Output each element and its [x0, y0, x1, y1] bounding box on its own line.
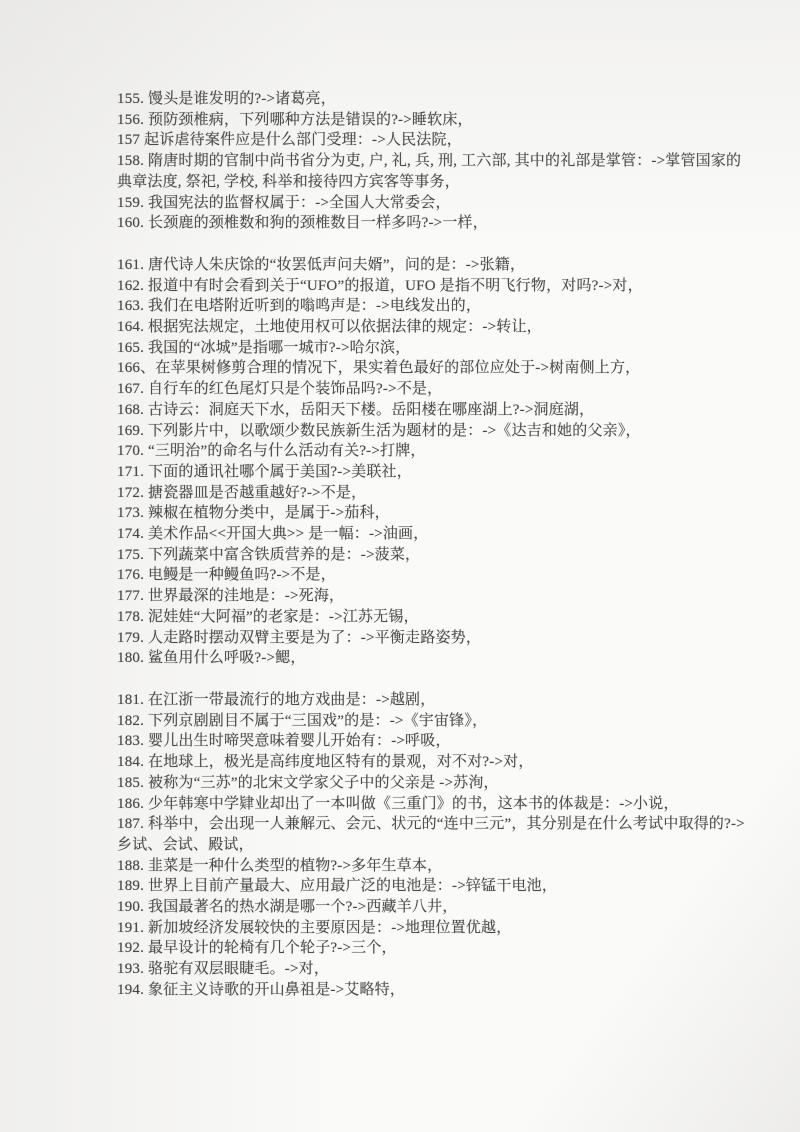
- quiz-line: 188. 韭菜是一种什么类型的植物?->多年生草本，: [117, 856, 751, 877]
- quiz-line: 187. 科举中，会出现一人兼解元、会元、状元的“连中三元”，其分别是在什么考试…: [117, 814, 751, 855]
- quiz-line: 183. 婴儿出生时啼哭意味着婴儿开始有：->呼吸，: [117, 731, 751, 752]
- quiz-line: 182. 下列京剧剧目不属于“三国戏”的是：->《宇宙锋》，: [117, 711, 751, 732]
- quiz-line: 167. 自行车的红色尾灯只是个装饰品吗?->不是，: [117, 379, 751, 400]
- quiz-line: 162. 报道中有时会看到关于“UFO”的报道，UFO 是指不明飞行物，对吗?-…: [117, 276, 751, 297]
- quiz-group-3: 181. 在江浙一带最流行的地方戏曲是：->越剧，182. 下列京剧剧目不属于“…: [117, 690, 751, 1001]
- quiz-line: 177. 世界最深的洼地是：->死海，: [117, 586, 751, 607]
- quiz-line: 176. 电鳗是一种鳗鱼吗?->不是，: [117, 565, 751, 586]
- quiz-line: 191. 新加坡经济发展较快的主要原因是：->地理位置优越，: [117, 918, 751, 939]
- quiz-line: 161. 唐代诗人朱庆馀的“妆罢低声问夫婿”，问的是：->张籍，: [117, 255, 751, 276]
- quiz-line: 192. 最早设计的轮椅有几个轮子?->三个，: [117, 938, 751, 959]
- quiz-line: 169. 下列影片中，以歌颂少数民族新生活为题材的是：->《达吉和她的父亲》，: [117, 421, 751, 442]
- quiz-list: 155. 馒头是谁发明的?->诸葛亮，156. 预防颈椎病，下列哪种方法是错误的…: [117, 89, 751, 1001]
- quiz-line: 193. 骆驼有双层眼睫毛。->对，: [117, 959, 751, 980]
- quiz-line: 173. 辣椒在植物分类中，是属于->茄科，: [117, 503, 751, 524]
- quiz-line: 189. 世界上目前产量最大、应用最广泛的电池是：->锌锰干电池，: [117, 876, 751, 897]
- quiz-line: 156. 预防颈椎病，下列哪种方法是错误的?->睡软床，: [117, 110, 751, 131]
- quiz-line: 175. 下列蔬菜中富含铁质营养的是：->菠菜，: [117, 545, 751, 566]
- quiz-line: 159. 我国宪法的监督权属于：->全国人大常委会，: [117, 193, 751, 214]
- quiz-line: 165. 我国的“冰城”是指哪一城市?->哈尔滨，: [117, 338, 751, 359]
- quiz-line: 155. 馒头是谁发明的?->诸葛亮，: [117, 89, 751, 110]
- quiz-line: 164. 根据宪法规定，土地使用权可以依据法律的规定：->转让，: [117, 317, 751, 338]
- quiz-line: 158. 隋唐时期的官制中尚书省分为吏, 户, 礼, 兵, 刑, 工六部, 其中…: [117, 151, 751, 192]
- quiz-line: 190. 我国最著名的热水湖是哪一个?->西藏羊八井，: [117, 897, 751, 918]
- scanned-page: 155. 馒头是谁发明的?->诸葛亮，156. 预防颈椎病，下列哪种方法是错误的…: [0, 0, 800, 1132]
- quiz-line: 163. 我们在电塔附近听到的嗡鸣声是：->电线发出的，: [117, 296, 751, 317]
- quiz-line: 178. 泥娃娃“大阿福”的老家是：->江苏无锡，: [117, 607, 751, 628]
- quiz-line: 185. 被称为“三苏”的北宋文学家父子中的父亲是 ->苏洵，: [117, 773, 751, 794]
- quiz-group-1: 155. 馒头是谁发明的?->诸葛亮，156. 预防颈椎病，下列哪种方法是错误的…: [117, 89, 751, 234]
- quiz-line: 180. 鲨鱼用什么呼吸?->鳃，: [117, 648, 751, 669]
- quiz-line: 168. 古诗云：洞庭天下水，岳阳天下楼。岳阳楼在哪座湖上?->洞庭湖，: [117, 400, 751, 421]
- quiz-line: 179. 人走路时摆动双臂主要是为了：->平衡走路姿势，: [117, 628, 751, 649]
- quiz-line: 194. 象征主义诗歌的开山鼻祖是->艾略特，: [117, 980, 751, 1001]
- quiz-line: 170. “三明治”的命名与什么活动有关?->打牌，: [117, 441, 751, 462]
- quiz-line: 184. 在地球上，极光是高纬度地区特有的景观，对不对?->对，: [117, 752, 751, 773]
- quiz-line: 186. 少年韩寒中学肄业却出了一本叫做《三重门》的书，这本书的体裁是：->小说…: [117, 794, 751, 815]
- quiz-group-2: 161. 唐代诗人朱庆馀的“妆罢低声问夫婿”，问的是：->张籍，162. 报道中…: [117, 255, 751, 669]
- quiz-line: 157 起诉虐待案件应是什么部门受理：->人民法院，: [117, 130, 751, 151]
- quiz-line: 171. 下面的通讯社哪个属于美国?->美联社，: [117, 462, 751, 483]
- quiz-line: 160. 长颈鹿的颈椎数和狗的颈椎数目一样多吗?->一样，: [117, 213, 751, 234]
- quiz-line: 166、在苹果树修剪合理的情况下，果实着色最好的部位应处于->树南侧上方，: [117, 358, 751, 379]
- quiz-line: 181. 在江浙一带最流行的地方戏曲是：->越剧，: [117, 690, 751, 711]
- quiz-line: 172. 搪瓷器皿是否越重越好?->不是，: [117, 483, 751, 504]
- quiz-line: 174. 美术作品<<开国大典>> 是一幅：->油画，: [117, 524, 751, 545]
